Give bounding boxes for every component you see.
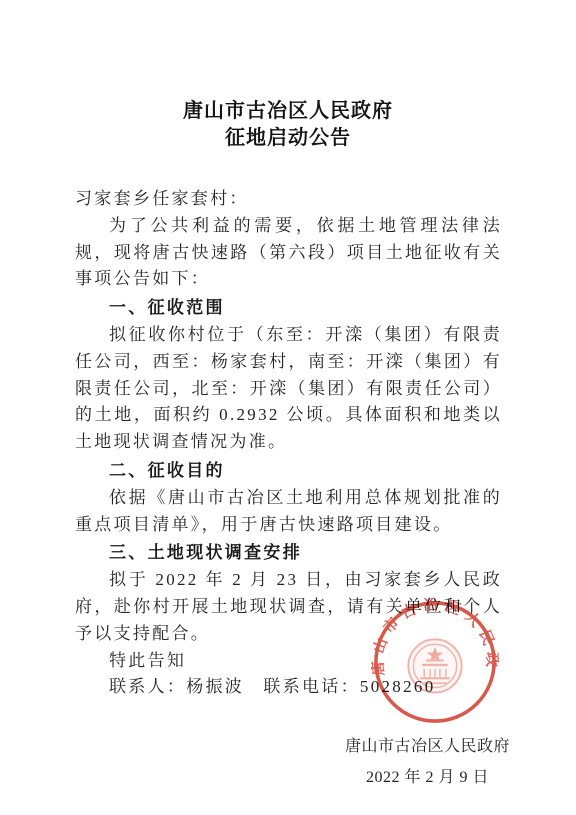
signature-block: 唐山市古冶区人民政府 2022 年 2 月 9 日 (0, 731, 576, 793)
closing-note: 特此告知 (75, 648, 502, 675)
document-title: 唐山市古冶区人民政府 征地启动公告 (0, 0, 576, 152)
announcement-page: 唐山市古冶区人民政府 征地启动公告 习家套乡任家套村： 为了公共利益的需要，依据… (0, 0, 576, 815)
section-2-heading: 二、征收目的 (75, 458, 502, 485)
section-2-paragraph: 依据《唐山市古冶区土地利用总体规划批准的重点项目清单》，用于唐古快速路项目建设。 (75, 485, 502, 539)
section-3-paragraph: 拟于 2022 年 2 月 23 日，由习家套乡人民政府，赴你村开展土地现状调查… (75, 567, 502, 647)
issue-date: 2022 年 2 月 9 日 (345, 762, 510, 793)
salutation: 习家套乡任家套村： (75, 186, 502, 213)
signature-inner: 唐山市古冶区人民政府 2022 年 2 月 9 日 (345, 731, 510, 793)
document-body: 习家套乡任家套村： 为了公共利益的需要，依据土地管理法律法规，现将唐古快速路（第… (75, 186, 502, 701)
contact-line: 联系人：杨振波 联系电话：5028260 (75, 674, 502, 701)
intro-paragraph: 为了公共利益的需要，依据土地管理法律法规，现将唐古快速路（第六段）项目土地征收有… (75, 213, 502, 293)
section-1-heading: 一、征收范围 (75, 295, 502, 322)
section-1-paragraph: 拟征收你村位于（东至：开滦（集团）有限责任公司，西至：杨家套村，南至：开滦（集团… (75, 322, 502, 456)
title-line-1: 唐山市古冶区人民政府 (0, 98, 576, 125)
issuer-signature: 唐山市古冶区人民政府 (345, 731, 510, 762)
section-3-heading: 三、土地现状调查安排 (75, 540, 502, 567)
title-line-2: 征地启动公告 (0, 125, 576, 152)
